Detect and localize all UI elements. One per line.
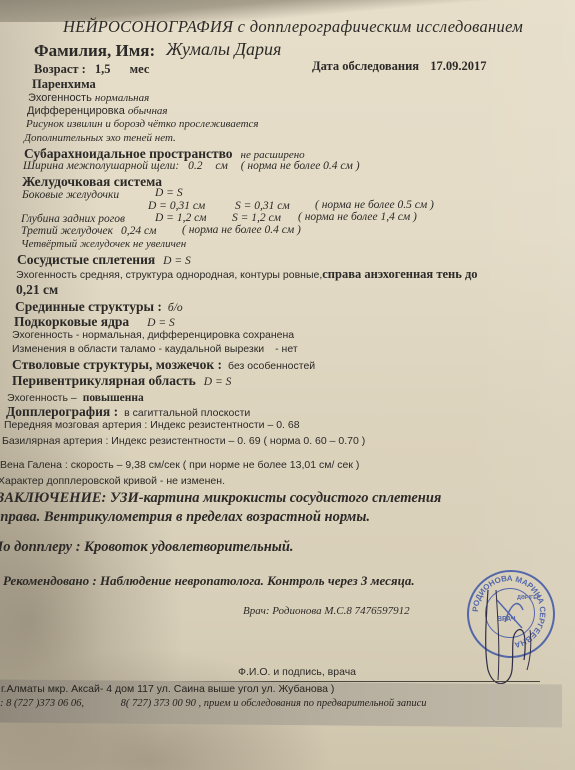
brainstem-value: без особенностей — [228, 360, 315, 372]
doctor-line: Врач: Родионова М.С.8 7476597912 — [243, 606, 410, 617]
thalamo-value: - нет — [275, 343, 298, 355]
periventricular-echo-value: повышенна — [83, 392, 144, 404]
posterior-label: Глубина задних рогов — [21, 214, 125, 226]
fourth-ventricle-line: Четвёртый желудочек не увеличен — [21, 239, 186, 250]
differentiation-value: обычная — [128, 105, 168, 117]
signature-caption: Ф.И.О. и подпись, врача — [238, 667, 356, 678]
gyri-line: Рисунок извилин и борозд чётко прослежив… — [26, 119, 259, 130]
brainstem-header: Стволовые структуры, мозжечок : — [12, 357, 222, 372]
periventricular-row: Перивентрикулярная область D = S — [12, 373, 231, 389]
posterior-norm: ( норма не более 1,4 см ) — [298, 212, 417, 224]
third-ventricle-norm: ( норма не более 0.4 см ) — [182, 225, 301, 237]
recommendation: Рекомендовано : Наблюдение невропатолога… — [3, 574, 415, 587]
plexus-header-row: Сосудистые сплетения D = S — [17, 252, 191, 268]
ventricular-header: Желудочковая система — [22, 175, 162, 189]
periventricular-echo-row: Эхогенность – повышенна — [7, 389, 144, 405]
midline-row: Срединные структуры : б/о — [15, 299, 183, 315]
brainstem-row: Стволовые структуры, мозжечок : без особ… — [12, 357, 315, 373]
exam-date: Дата обследования 17.09.2017 — [312, 60, 486, 73]
parenchyma-header: Паренхима — [32, 78, 96, 91]
posterior-s: S = 1,2 см — [232, 213, 281, 225]
patient-name-label: Фамилия, Имя: — [34, 42, 155, 59]
exam-date-label: Дата обследования — [312, 59, 419, 73]
doppler-curve: Характер допплеровской кривой - не измен… — [0, 476, 225, 487]
midline-value: б/о — [168, 302, 183, 314]
age-unit: мес — [130, 62, 150, 76]
doppler-aca: Передняя мозговая артерия : Индекс резис… — [4, 420, 300, 431]
fissure-unit: см — [215, 160, 227, 172]
fissure-row: Ширина межполушарной щели: 0.2 см ( норм… — [23, 161, 360, 173]
footer-appointment: , прием и обследования по предварительно… — [199, 698, 427, 709]
conclusion-line2: справа. Вентрикулометрия в пределах возр… — [0, 510, 370, 525]
lateral-s: S = 0,31 см — [235, 201, 290, 213]
periventricular-value: D = S — [204, 376, 232, 388]
fissure-label: Ширина межполушарной щели: — [23, 160, 179, 172]
footer-address: г.Алматы мкр. Аксай- 4 дом 117 ул. Саина… — [1, 684, 334, 695]
lateral-d: D = 0,31 см — [148, 201, 205, 213]
doppler-header: Допплерография : — [6, 404, 118, 419]
echogenicity-label: Эхогенность — [28, 92, 92, 104]
lateral-label: Боковые желудочки — [22, 190, 119, 202]
parenchyma-differentiation: Дифференцировка обычная — [27, 106, 168, 117]
third-ventricle-value: 0,24 см — [121, 226, 156, 238]
differentiation-label: Дифференцировка — [27, 105, 125, 117]
subcortical-line1: Эхогенность - нормальная, дифференцировк… — [12, 330, 294, 341]
fissure-norm: ( норма не более 0.4 см ) — [241, 160, 360, 172]
third-ventricle-label: Третий желудочек — [21, 226, 113, 238]
periventricular-header: Перивентрикулярная область — [12, 373, 196, 388]
thalamo-row: Изменения в области таламо - каудальной … — [12, 344, 298, 355]
footer-phone2: 8( 727) 373 00 90 — [121, 698, 196, 709]
plexus-description: Эхогенность средняя, структура однородна… — [16, 269, 322, 281]
plexus-header: Сосудистые сплетения — [17, 252, 155, 267]
age-value: 1,5 — [95, 62, 111, 76]
periventricular-echo-label: Эхогенность – — [7, 392, 77, 404]
conclusion-doppler: По допплеру : Кровоток удовлетворительны… — [0, 540, 294, 555]
midline-header: Срединные структуры : — [15, 299, 162, 314]
conclusion-line1: ЗАКЛЮЧЕНИЕ: УЗИ-картина микрокисты сосуд… — [0, 491, 441, 506]
plexus-line1: Эхогенность средняя, структура однородна… — [16, 268, 478, 281]
footer-phone1: : 8 (727 )373 06 06, — [0, 698, 84, 709]
subcortical-value: D = S — [147, 317, 175, 329]
document-title: НЕЙРОСОНОГРАФИЯ с допплерографическим ис… — [63, 19, 523, 36]
lateral-norm: ( норма не более 0.5 см ) — [315, 200, 434, 212]
subcortical-row: Подкорковые ядра D = S — [14, 314, 175, 330]
footer-phones: : 8 (727 )373 06 06, 8( 727) 373 00 90 ,… — [0, 699, 427, 710]
patient-name-value: Жумалы Дария — [166, 40, 281, 58]
plexus-finding: справа анэхогенная тень до — [322, 267, 477, 281]
plexus-line2: 0,21 см — [16, 283, 58, 297]
posterior-d: D = 1,2 см — [155, 213, 207, 225]
signature-icon — [470, 590, 540, 690]
doppler-basilar: Базилярная артерия : Индекс резистентнос… — [2, 436, 365, 447]
age-label: Возраст : — [34, 62, 86, 76]
fissure-value: 0.2 — [188, 160, 202, 172]
patient-age: Возраст : 1,5 мес — [34, 63, 149, 76]
thalamo-label: Изменения в области таламо - каудальной … — [12, 343, 264, 355]
parenchyma-echogenicity: Эхогенность нормальная — [28, 93, 149, 104]
doppler-value: в сагиттальной плоскости — [124, 407, 250, 419]
plexus-value: D = S — [163, 255, 191, 267]
doppler-row: Допплерография : в сагиттальной плоскост… — [6, 404, 250, 420]
subcortical-header: Подкорковые ядра — [14, 314, 129, 329]
doppler-galen: Вена Галена : скорость – 9,38 см/сек ( п… — [0, 460, 359, 471]
shadows-line: Дополнительных эхо теней нет. — [24, 133, 176, 144]
lateral-relation: D = S — [155, 188, 183, 200]
exam-date-value: 17.09.2017 — [430, 59, 486, 73]
subarachnoid-header: Субарахноидальное пространство — [24, 146, 233, 161]
echogenicity-value: нормальная — [95, 92, 149, 104]
